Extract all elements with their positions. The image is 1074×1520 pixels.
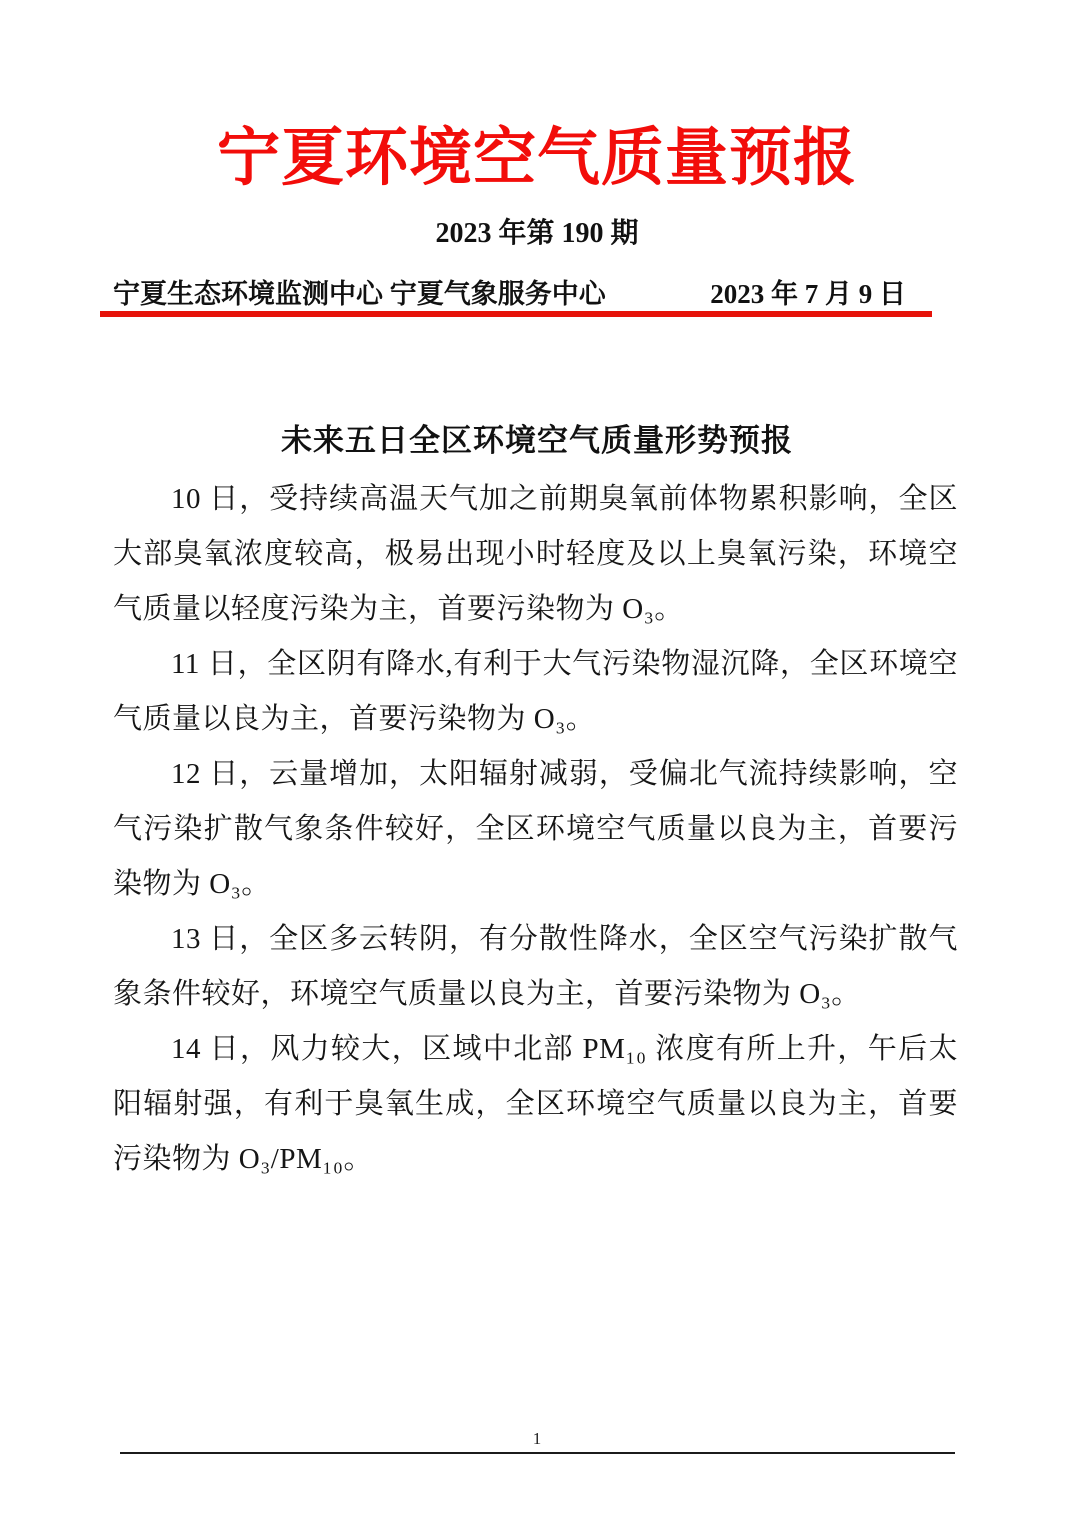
forecast-paragraph-day10: 10 日，受持续高温天气加之前期臭氧前体物累积影响，全区大部臭氧浓度较高，极易出… bbox=[113, 472, 958, 637]
header-org-row: 宁夏生态环境监测中心 宁夏气象服务中心 2023 年 7 月 9 日 bbox=[113, 277, 958, 311]
forecast-paragraph-day13: 13 日，全区多云转阴，有分散性降水，全区空气污染扩散气象条件较好，环境空气质量… bbox=[113, 912, 958, 1022]
forecast-paragraph-day14: 14 日，风力较大，区域中北部 PM₁₀ 浓度有所上升，午后太阳辐射强，有利于臭… bbox=[113, 1022, 958, 1187]
footer-rule bbox=[120, 1452, 955, 1454]
header-red-rule bbox=[100, 311, 932, 317]
forecast-paragraph-day11: 11 日，全区阴有降水,有利于大气污染物湿沉降，全区环境空气质量以良为主，首要污… bbox=[113, 637, 958, 747]
issue-date: 2023 年 7 月 9 日 bbox=[710, 277, 906, 311]
issuing-organizations: 宁夏生态环境监测中心 宁夏气象服务中心 bbox=[113, 277, 606, 311]
section-title: 未来五日全区环境空气质量形势预报 bbox=[0, 416, 1074, 466]
document-title: 宁夏环境空气质量预报 bbox=[0, 112, 1074, 204]
forecast-body: 10 日，受持续高温天气加之前期臭氧前体物累积影响，全区大部臭氧浓度较高，极易出… bbox=[113, 472, 958, 1187]
forecast-paragraph-day12: 12 日，云量增加，太阳辐射减弱，受偏北气流持续影响，空气污染扩散气象条件较好，… bbox=[113, 747, 958, 912]
page-number: 1 bbox=[0, 1426, 1074, 1452]
issue-number: 2023 年第 190 期 bbox=[0, 213, 1074, 255]
document-page: 宁夏环境空气质量预报 2023 年第 190 期 宁夏生态环境监测中心 宁夏气象… bbox=[0, 0, 1074, 1520]
